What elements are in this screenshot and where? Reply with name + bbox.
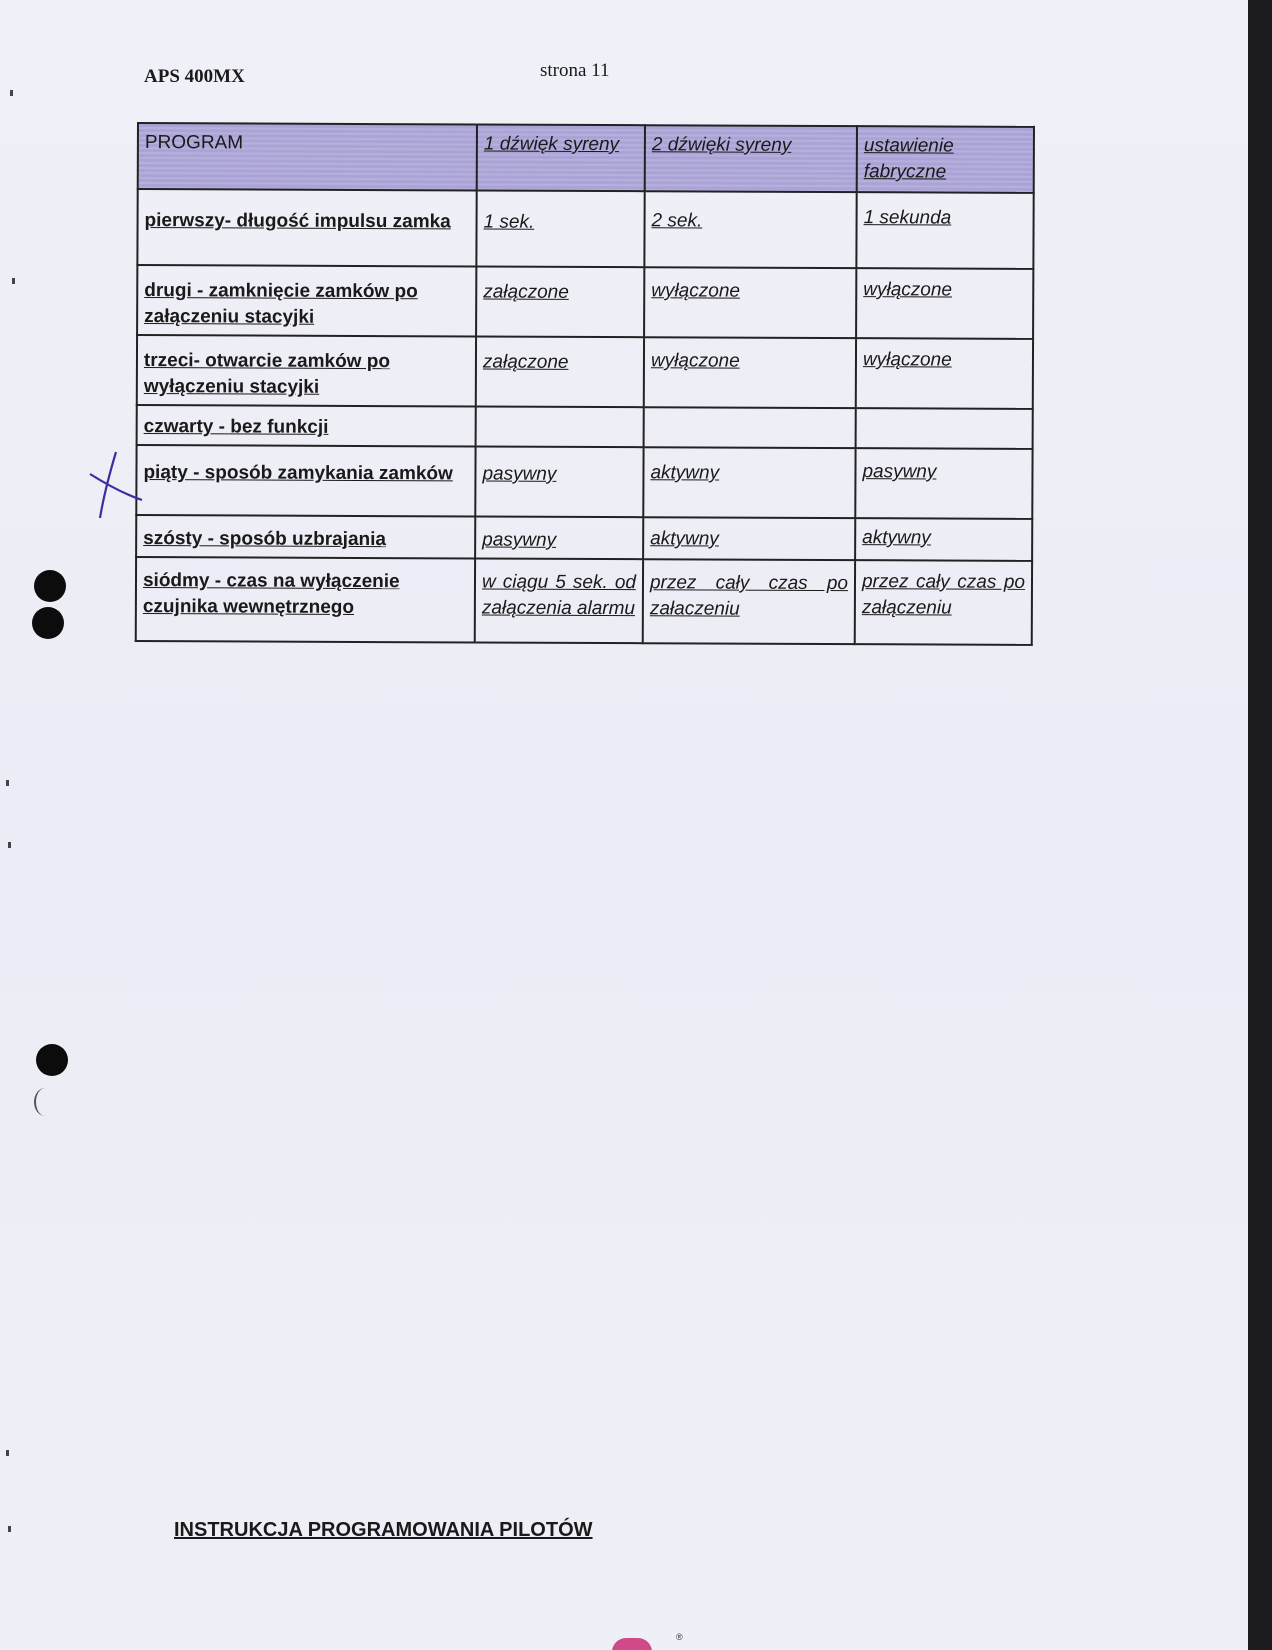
- cell-one-beep: załączone: [476, 336, 644, 407]
- cell-one-beep: [476, 406, 644, 447]
- model-name: APS 400MX: [144, 66, 245, 88]
- row-label: czwarty - bez funkcji: [137, 405, 476, 446]
- program-table: PROGRAM 1 dźwięk syreny 2 dźwięki syreny…: [135, 122, 1035, 646]
- registered-mark: ®: [676, 1632, 683, 1642]
- punch-hole-icon: [34, 570, 66, 602]
- column-header-factory: ustawienie fabryczne: [857, 126, 1034, 193]
- cell-factory: pasywny: [855, 448, 1032, 519]
- section-title: INSTRUKCJA PROGRAMOWANIA PILOTÓW: [174, 1519, 593, 1542]
- table-row: szósty - sposób uzbrajania pasywny aktyw…: [136, 515, 1032, 561]
- cell-one-beep: pasywny: [475, 446, 643, 517]
- cell-factory: wyłączone: [856, 268, 1033, 339]
- row-label: pierwszy- długość impulsu zamka: [137, 189, 476, 266]
- margin-speck: [10, 90, 13, 96]
- cell-factory: aktywny: [855, 518, 1032, 561]
- cell-one-beep: załączone: [476, 266, 644, 337]
- cell-one-beep: 1 sek.: [476, 190, 644, 267]
- margin-speck: [6, 1450, 9, 1456]
- page-number: strona 11: [540, 60, 609, 82]
- column-header-program: PROGRAM: [138, 123, 477, 190]
- row-label: siódmy - czas na wyłączenie czujnika wew…: [136, 557, 475, 642]
- handwritten-x-mark-icon: [86, 450, 146, 520]
- table-row: drugi - zamknięcie zamków po załączeniu …: [137, 265, 1033, 339]
- row-label: piąty - sposób zamykania zamków: [136, 445, 475, 516]
- scanned-page: APS 400MX strona 11 PROGRAM 1 dźwięk syr…: [0, 0, 1248, 1650]
- pink-stamp-mark: [612, 1638, 652, 1650]
- table-row: trzeci- otwarcie zamków po wyłączeniu st…: [137, 335, 1033, 409]
- cell-one-beep: pasywny: [475, 516, 643, 559]
- column-header-one-beep: 1 dźwięk syreny: [477, 124, 645, 191]
- table-row: piąty - sposób zamykania zamków pasywny …: [136, 445, 1032, 519]
- margin-speck: [8, 842, 11, 848]
- table-row: czwarty - bez funkcji: [137, 405, 1033, 449]
- scan-edge-border: [1248, 0, 1272, 1650]
- cell-two-beeps: przez cały czas po załaczeniu: [643, 559, 855, 644]
- column-header-two-beeps: 2 dźwięki syreny: [645, 125, 857, 192]
- cell-factory: [856, 408, 1033, 449]
- cell-factory: przez cały czas po załączeniu: [855, 560, 1032, 645]
- cell-two-beeps: wyłączone: [644, 337, 856, 408]
- cell-factory: wyłączone: [856, 338, 1033, 409]
- cell-two-beeps: aktywny: [643, 517, 855, 560]
- table-row: pierwszy- długość impulsu zamka 1 sek. 2…: [137, 189, 1033, 269]
- cell-two-beeps: wyłączone: [644, 267, 856, 338]
- punch-hole-icon: [36, 1044, 68, 1076]
- cell-two-beeps: [644, 407, 856, 448]
- row-label: drugi - zamknięcie zamków po załączeniu …: [137, 265, 476, 336]
- margin-speck: [6, 780, 9, 786]
- margin-speck: [12, 278, 15, 284]
- table-header-row: PROGRAM 1 dźwięk syreny 2 dźwięki syreny…: [138, 123, 1034, 193]
- margin-speck: [8, 1526, 11, 1532]
- cell-two-beeps: 2 sek.: [644, 191, 856, 268]
- cell-two-beeps: aktywny: [643, 447, 855, 518]
- table-row: siódmy - czas na wyłączenie czujnika wew…: [136, 557, 1032, 645]
- punch-hole-icon: [32, 607, 64, 639]
- row-label: szósty - sposób uzbrajania: [136, 515, 475, 558]
- row-label: trzeci- otwarcie zamków po wyłączeniu st…: [137, 335, 476, 406]
- punch-hole-ghost-icon: [34, 1088, 56, 1116]
- cell-factory: 1 sekunda: [856, 192, 1033, 269]
- cell-one-beep: w ciągu 5 sek. od załączenia alarmu: [475, 558, 643, 643]
